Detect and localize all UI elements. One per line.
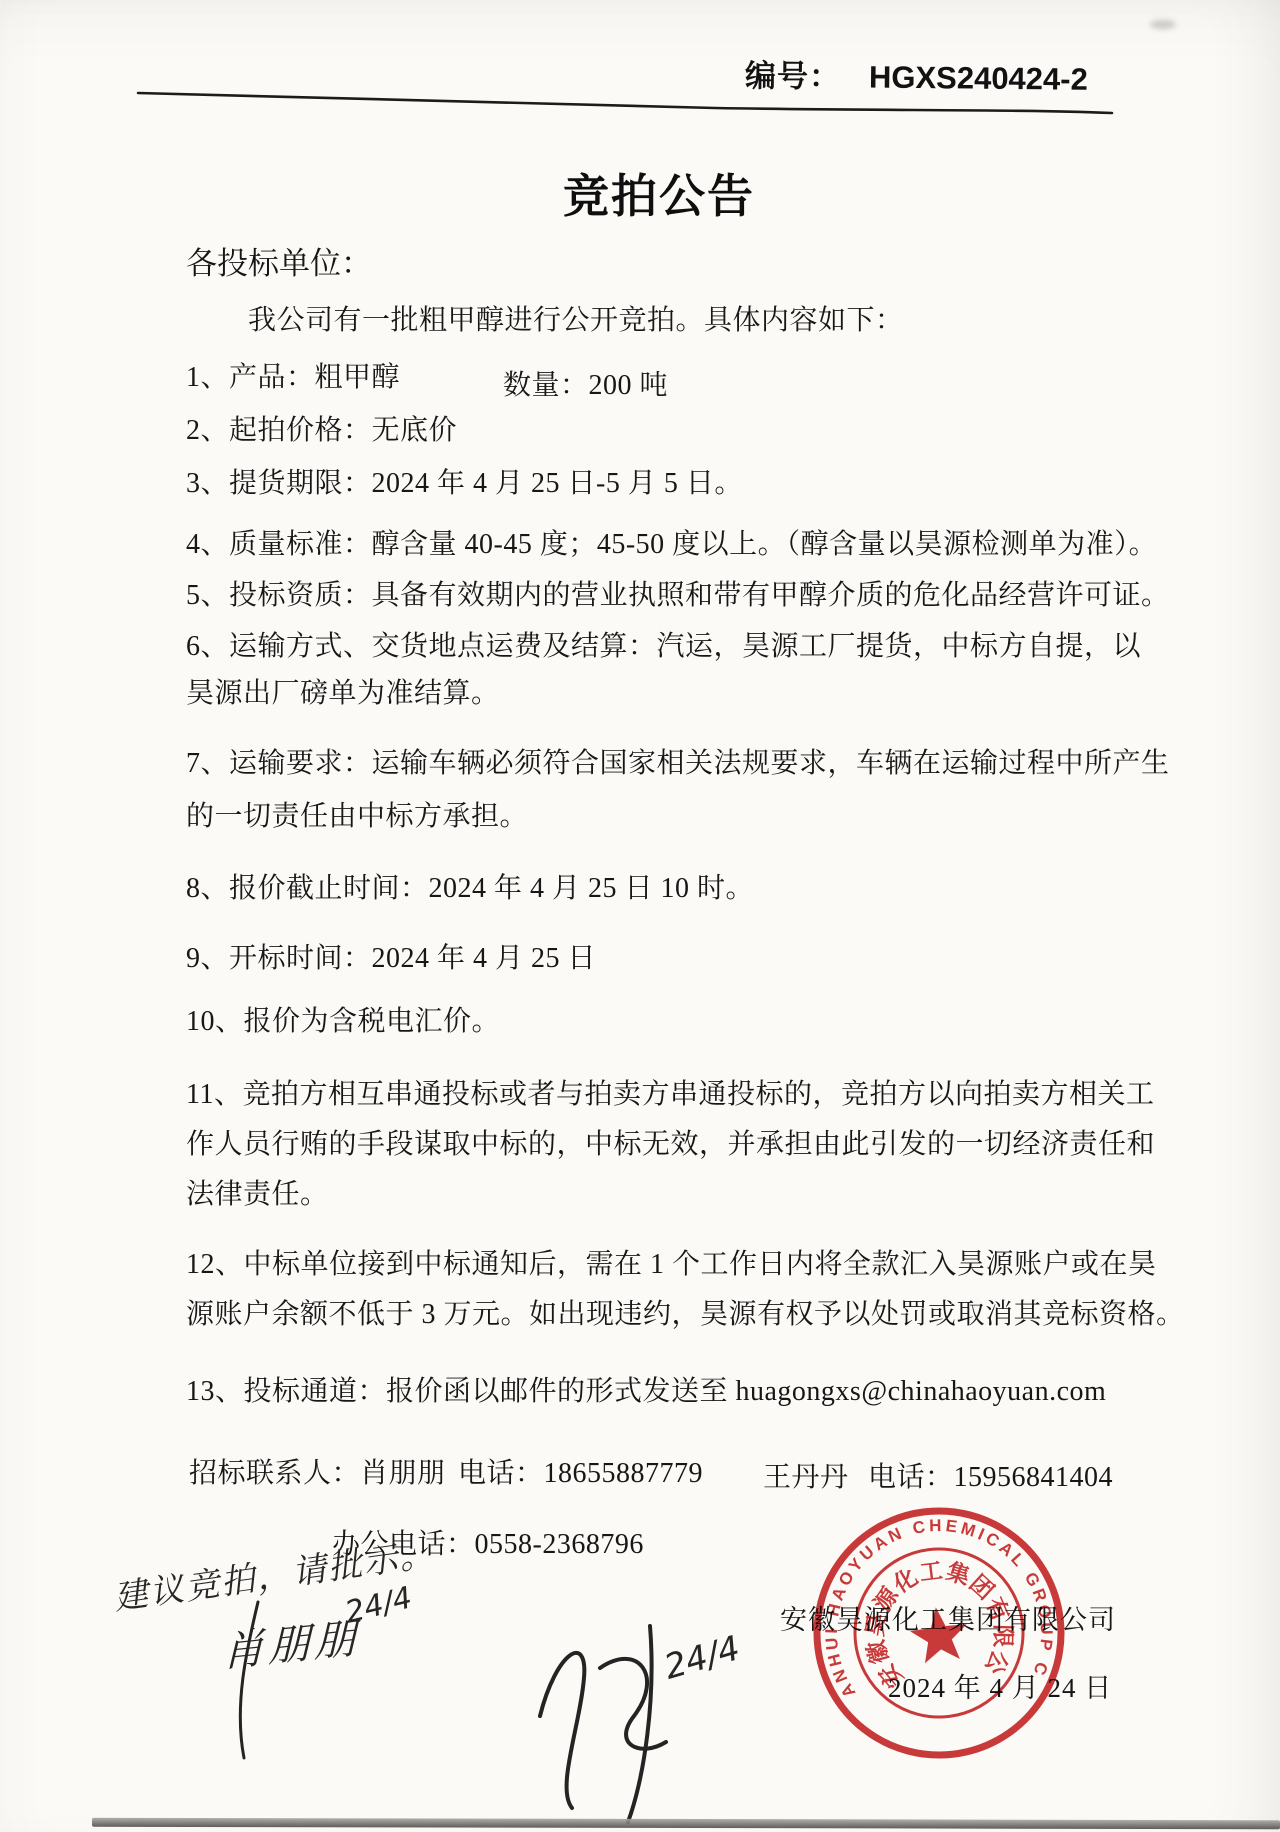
doc-number-value: HGXS240424-2 [869, 60, 1088, 97]
contact-person-1: 招标联系人：肖朋朋 [189, 1456, 446, 1491]
header-underline [0, 0, 1280, 150]
company-seal: ANHUI HAOYUAN CHEMICAL GROUP CO., LTD. 安… [789, 1483, 1090, 1784]
list-item-5: 5、投标资质：具备有效期内的营业执照和带有甲醇介质的危化品经营许可证。 [186, 578, 1170, 613]
list-item-6-line1: 6、运输方式、交货地点运费及结算：汽运，昊源工厂提货，中标方自提，以 [186, 629, 1141, 664]
list-item-7-line1: 7、运输要求：运输车辆必须符合国家相关法规要求，车辆在运输过程中所产生 [186, 746, 1170, 781]
handwritten-date-2: 24/4 [660, 1628, 744, 1687]
handwritten-date-1: 24/4 [342, 1580, 416, 1630]
scan-smudge [1150, 20, 1176, 29]
document-page: 编号：HGXS240424-2 竞拍公告 各投标单位： 我公司有一批粗甲醇进行公… [0, 0, 1280, 1832]
doc-number-label: 编号： [745, 58, 841, 94]
seal-star-icon [908, 1604, 971, 1665]
list-item-1: 1、产品：粗甲醇 [186, 360, 400, 395]
list-item-8: 8、报价截止时间：2024 年 4 月 25 日 10 时。 [186, 871, 754, 906]
list-item-7-line2: 的一切责任由中标方承担。 [186, 799, 528, 834]
contact-person-2: 王丹丹 [763, 1460, 849, 1495]
handwritten-signature-1: 肖朋朋 [222, 1605, 359, 1680]
salutation: 各投标单位： [186, 238, 372, 283]
list-item-11-line1: 11、竞拍方相互串通投标或者与拍卖方串通投标的，竞拍方以向拍卖方相关工 [186, 1077, 1154, 1112]
list-item-11-line2: 作人员行贿的手段谋取中标的，中标无效，并承担由此引发的一切经济责任和 [186, 1127, 1155, 1162]
paper-edge-shadow [92, 1818, 1280, 1829]
list-item-11-line3: 法律责任。 [186, 1177, 329, 1212]
seal-english-text: ANHUI HAOYUAN CHEMICAL GROUP CO., LTD. [789, 1483, 1063, 1710]
list-item-1-quantity: 数量：200 吨 [503, 368, 668, 403]
list-item-2: 2、起拍价格：无底价 [186, 413, 457, 448]
intro-paragraph: 我公司有一批粗甲醇进行公开竞拍。具体内容如下： [248, 303, 904, 338]
list-item-13: 13、投标通道：报价函以邮件的形式发送至 huagongxs@chinahaoy… [186, 1374, 1106, 1409]
list-item-6-line2: 昊源出厂磅单为准结算。 [186, 676, 500, 711]
list-item-4: 4、质量标准：醇含量 40-45 度；45-50 度以上。（醇含量以昊源检测单为… [186, 527, 1157, 562]
list-item-9: 9、开标时间：2024 年 4 月 25 日 [186, 941, 596, 976]
list-item-3: 3、提货期限：2024 年 4 月 25 日-5 月 5 日。 [186, 466, 743, 501]
contact-phone-1: 电话：18655887779 [458, 1456, 703, 1491]
page-title: 竞拍公告 [563, 160, 755, 226]
doc-number: 编号：HGXS240424-2 [745, 50, 1088, 99]
list-item-12-line2: 源账户余额不低于 3 万元。如出现违约，昊源有权予以处罚或取消其竞标资格。 [186, 1297, 1185, 1332]
list-item-12-line1: 12、中标单位接到中标通知后，需在 1 个工作日内将全款汇入昊源账户或在昊 [186, 1247, 1157, 1282]
list-item-10: 10、报价为含税电汇价。 [186, 1004, 500, 1039]
